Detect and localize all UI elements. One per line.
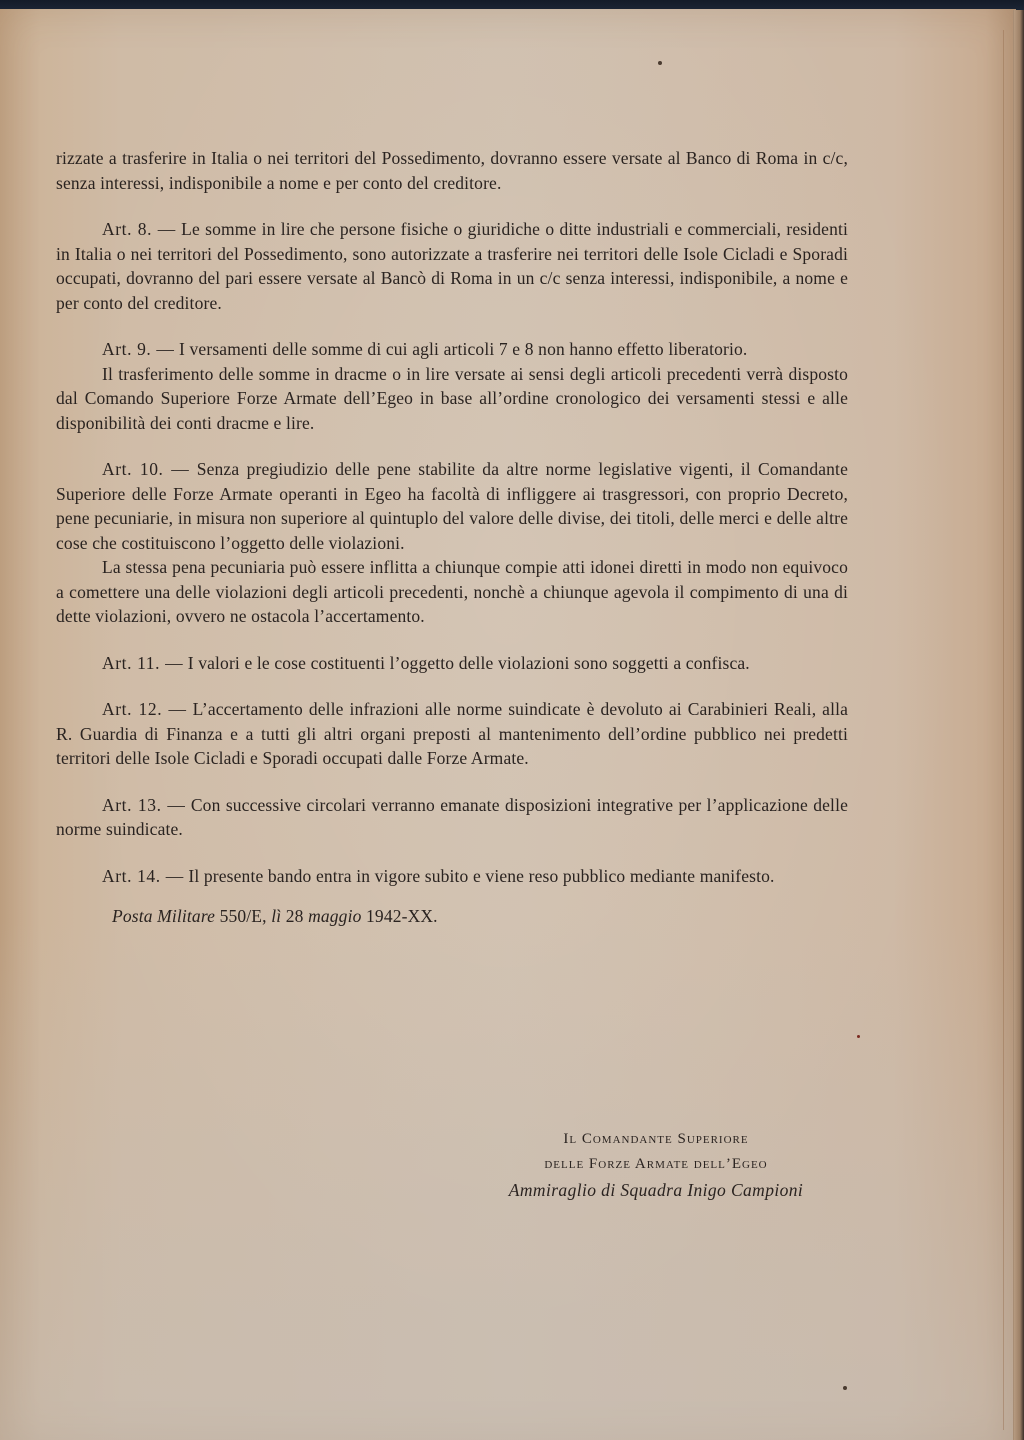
paper-speck [658, 61, 662, 65]
page-right-edge [1013, 10, 1024, 1440]
signature-block: Il Comandante Superiore delle Forze Arma… [456, 1127, 856, 1203]
article-text: I valori e le cose costituenti l’oggetto… [188, 653, 750, 673]
scanned-page-view: rizzate a trasferire in Italia o nei ter… [0, 0, 1024, 1440]
article-label: Art. 8. — [102, 219, 176, 239]
dateline-li: lì [271, 906, 281, 926]
article-text: I versamenti delle somme di cui agli art… [179, 339, 747, 359]
article-10: Art. 10. — Senza pregiudizio delle pene … [56, 457, 848, 555]
article-label: Art. 13. — [102, 795, 185, 815]
article-11: Art. 11. — I valori e le cose costituent… [56, 651, 848, 676]
article-label: Art. 11. — [102, 653, 183, 673]
document-body: rizzate a trasferire in Italia o nei ter… [56, 146, 848, 929]
article-13: Art. 13. — Con successive circolari verr… [56, 793, 848, 842]
paper-speck [857, 1035, 860, 1038]
article-12: Art. 12. — L’accertamento delle infrazio… [56, 697, 848, 771]
paper-speck [843, 1386, 847, 1390]
continuation-paragraph: rizzate a trasferire in Italia o nei ter… [56, 146, 848, 195]
dateline-month: maggio [308, 906, 361, 926]
article-label: Art. 10. — [102, 459, 189, 479]
article-label: Art. 14. — [102, 866, 184, 886]
dateline-day: 28 [286, 906, 304, 926]
signature-title-line-1: Il Comandante Superiore [456, 1127, 856, 1152]
dateline-year: 1942-XX. [366, 906, 438, 926]
article-9-paragraph-2: Il trasferimento delle somme in dracme o… [56, 362, 848, 436]
dateline-code: 550/E, [220, 906, 267, 926]
signatory-name: Ammiraglio di Squadra Inigo Campioni [456, 1177, 856, 1203]
article-label: Art. 12. — [102, 699, 187, 719]
article-text: Il presente bando entra in vigore subito… [188, 866, 774, 886]
dateline-place: Posta Militare [112, 906, 215, 926]
article-14: Art. 14. — Il presente bando entra in vi… [56, 864, 848, 889]
article-9: Art. 9. — I versamenti delle somme di cu… [56, 337, 848, 362]
signature-title-line-2: delle Forze Armate dell’Egeo [456, 1152, 856, 1177]
article-10-paragraph-2: La stessa pena pecuniaria può essere inf… [56, 555, 848, 629]
article-label: Art. 9. — [102, 339, 174, 359]
article-8: Art. 8. — Le somme in lire che persone f… [56, 217, 848, 315]
page-fold-line [1003, 30, 1004, 1430]
dateline: Posta Militare 550/E, lì 28 maggio 1942-… [56, 904, 848, 929]
